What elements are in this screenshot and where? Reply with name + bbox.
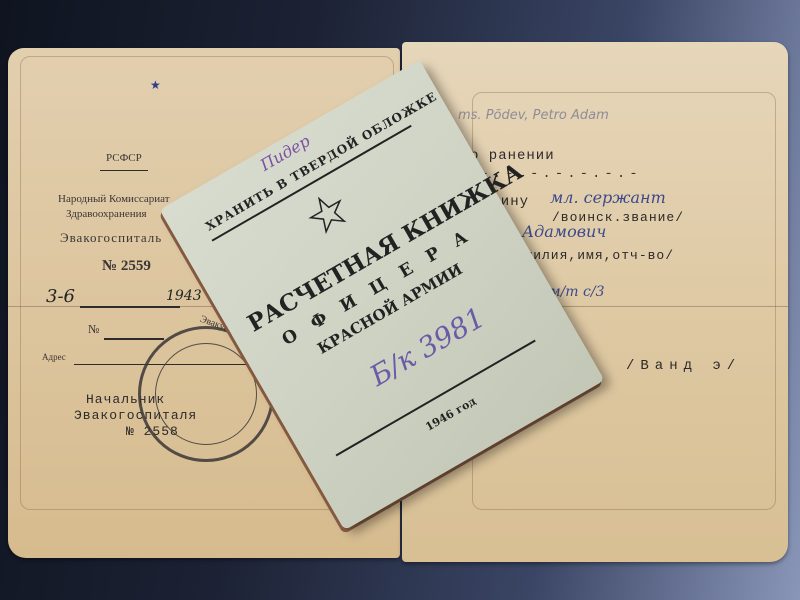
hospital-number: № 2559: [102, 258, 151, 275]
date-underline: [80, 306, 180, 308]
ref-label: №: [88, 322, 99, 337]
header-commissariat: Народный Комиссариат: [58, 193, 170, 205]
name-handwritten: Адамович: [522, 222, 606, 241]
date-day: 3-6: [46, 286, 75, 307]
address-label: Адрес: [42, 352, 66, 362]
signature-name: /Ванд э/: [626, 358, 741, 374]
pencil-note: ms. Põdev, Petro Adam: [458, 108, 609, 123]
header-hospital: Эвакогоспиталь: [60, 230, 162, 246]
header-health: Здравоохранения: [66, 208, 147, 220]
ref-underline: [104, 338, 164, 340]
blue-star-icon: ★: [150, 78, 161, 92]
header-rsfsr: РСФСР: [106, 152, 142, 164]
divider: [100, 170, 148, 171]
rank-handwritten: мл. сержант: [550, 188, 666, 207]
date-year: 1943: [166, 288, 202, 304]
red-army-star-icon: ★: [300, 185, 356, 243]
